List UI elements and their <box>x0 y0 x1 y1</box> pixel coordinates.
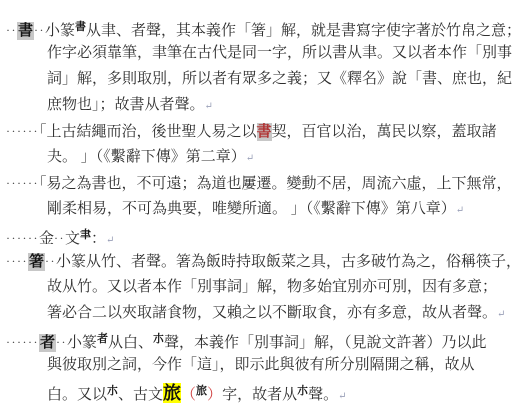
text-line: ····箸··小篆从竹、者聲。箸為飯時持取飯菜之具，古多破竹為之，俗稱筷子， <box>0 248 527 274</box>
text-line: 詞」解，多則取別，所以者有眾多之義；又《釋名》說「書、庶也，紀 <box>0 66 527 92</box>
text-run: 小篆 <box>45 23 75 39</box>
dot-leader: ·· <box>56 335 67 349</box>
text-line: 作字必須靠筆，聿筆在古代是同一字，所以書从聿。又以者本作「別事 <box>0 40 527 66</box>
text-line: ······「上古結繩而治，後世聖人易之以書契，百官以治，萬民以察，蓋取諸 <box>0 118 527 144</box>
text-run: 、古文 <box>118 387 163 403</box>
text-run: 白。又以 <box>47 387 107 403</box>
dot-leader: ······ <box>6 124 39 138</box>
headword-shu: 書 <box>17 22 34 40</box>
dot-leader: ·· <box>45 254 56 268</box>
text-run: 庶物也」；故書从者聲。 <box>47 97 205 113</box>
text-line: 白。又以朩、古文旅（旅）字，故者从朩聲。↵ <box>0 378 527 404</box>
text-line: 夬。 」（《繫辭下傳》第二章）↵ <box>0 144 527 170</box>
text-run: 與彼取別之詞，今作「這」，即示此與彼有所分別隔開之稱，故从 <box>47 357 475 373</box>
headword-zhe: 者 <box>39 334 56 352</box>
dot-leader: ·· <box>34 23 45 37</box>
bronze-script-glyph: 聿 <box>80 229 91 241</box>
text-run: 剛柔相易，不可為典要，唯變所適。 」（《繫辭下傳》第八章） <box>47 201 456 217</box>
document-page: ··書··小篆書从聿、者聲，其本義作「箸」解，就是書寫字使字著於竹帛之意；作字必… <box>0 0 527 404</box>
text-line: 庶物也」；故書从者聲。↵ <box>0 92 527 118</box>
seal-script-glyph-phonetic: 朩 <box>107 385 118 397</box>
text-line: ······「易之為書也，不可遠；為道也屢遷。變動不居，周流六虛，上下無常， <box>0 170 527 196</box>
text-line: 箸必合二以夾取諸食物，又賴之以不斷取食，亦有多意，故从者聲。↵ <box>0 300 527 326</box>
dot-leader: ······ <box>6 335 39 349</box>
paragraph-mark: ↵ <box>205 101 213 112</box>
text-line: 與彼取別之詞，今作「這」，即示此與彼有所分別隔開之稱，故从 <box>0 352 527 378</box>
dot-leader: ·· <box>6 23 17 37</box>
paragraph-mark: ↵ <box>497 309 505 320</box>
text-run: 从聿、者聲，其本義作「箸」解，就是書寫字使字著於竹帛之意； <box>86 23 521 39</box>
text-run: 从白、 <box>108 335 153 351</box>
text-run: 「上古結繩而治，後世聖人易之以 <box>39 124 257 140</box>
dot-leader: ···· <box>6 254 28 268</box>
text-run: 夬。 」（《繫辭下傳》第二章） <box>47 149 246 165</box>
paragraph-mark: ↵ <box>246 153 254 164</box>
text-line: 故从竹。又以者本作「別事詞」解，物多始宜別亦可別，因有多意； <box>0 274 527 300</box>
text-run: ： <box>91 231 106 247</box>
text-line: ··書··小篆書从聿、者聲，其本義作「箸」解，就是書寫字使字著於竹帛之意； <box>0 14 527 40</box>
text-run: 小篆 <box>67 335 97 351</box>
dot-leader: ·· <box>54 231 65 245</box>
text-line: 剛柔相易，不可為典要，唯變所適。 」（《繫辭下傳》第八章）↵ <box>0 196 527 222</box>
seal-script-glyph-phonetic: 朩 <box>297 385 308 397</box>
text-line: ······金··文聿：↵ <box>0 222 527 248</box>
headword-zhu: 箸 <box>28 253 45 271</box>
text-run: 金 <box>39 231 54 247</box>
seal-script-glyph-phonetic: 朩 <box>153 333 164 345</box>
text-run: 故从竹。又以者本作「別事詞」解，物多始宜別亦可別，因有多意； <box>47 279 497 295</box>
text-run: 箸必合二以夾取諸食物，又賴之以不斷取食，亦有多意，故从者聲。 <box>47 305 497 321</box>
paragraph-mark: ↵ <box>106 235 114 246</box>
text-run: 小篆从竹、者聲。箸為飯時持取飯菜之具，古多破竹為之，俗稱筷子， <box>56 254 521 270</box>
text-run: 聲，本義作「別事詞」解，（見說文許著）乃以此 <box>164 335 487 351</box>
dot-leader: ······ <box>6 176 39 190</box>
yellow-highlight-lv: 旅 <box>163 383 181 403</box>
text-run: 詞」解，多則取別，所以者有眾多之義；又《釋名》說「書、庶也，紀 <box>47 71 512 87</box>
text-run: 文 <box>65 231 80 247</box>
paragraph-mark: ↵ <box>456 205 464 216</box>
dot-leader: ······ <box>6 231 39 245</box>
text-run: 作字必須靠筆，聿筆在古代是同一字，所以書从聿。又以者本作「別事 <box>47 45 512 61</box>
text-line: ······者··小篆者从白、朩聲，本義作「別事詞」解，（見說文許著）乃以此 <box>0 326 527 352</box>
paragraph-mark: ↵ <box>338 391 346 402</box>
document-lines: ··書··小篆書从聿、者聲，其本義作「箸」解，就是書寫字使字著於竹帛之意；作字必… <box>0 14 527 404</box>
text-run: 聲。 <box>308 387 338 403</box>
text-run: 字，故者从 <box>222 387 297 403</box>
guwen-glyph-lv: 旅 <box>196 385 207 397</box>
red-paren-open: （ <box>181 387 196 403</box>
text-run: 契，百官以治，萬民以察，蓋取諸 <box>272 124 497 140</box>
red-paren-close: ） <box>207 387 222 403</box>
text-run: 「易之為書也，不可遠；為道也屢遷。變動不居，周流六虛，上下無常， <box>39 176 512 192</box>
seal-script-glyph-shu: 書 <box>75 21 86 33</box>
highlighted-shu-red: 書 <box>257 123 272 141</box>
seal-script-glyph-zhe: 者 <box>97 333 108 345</box>
